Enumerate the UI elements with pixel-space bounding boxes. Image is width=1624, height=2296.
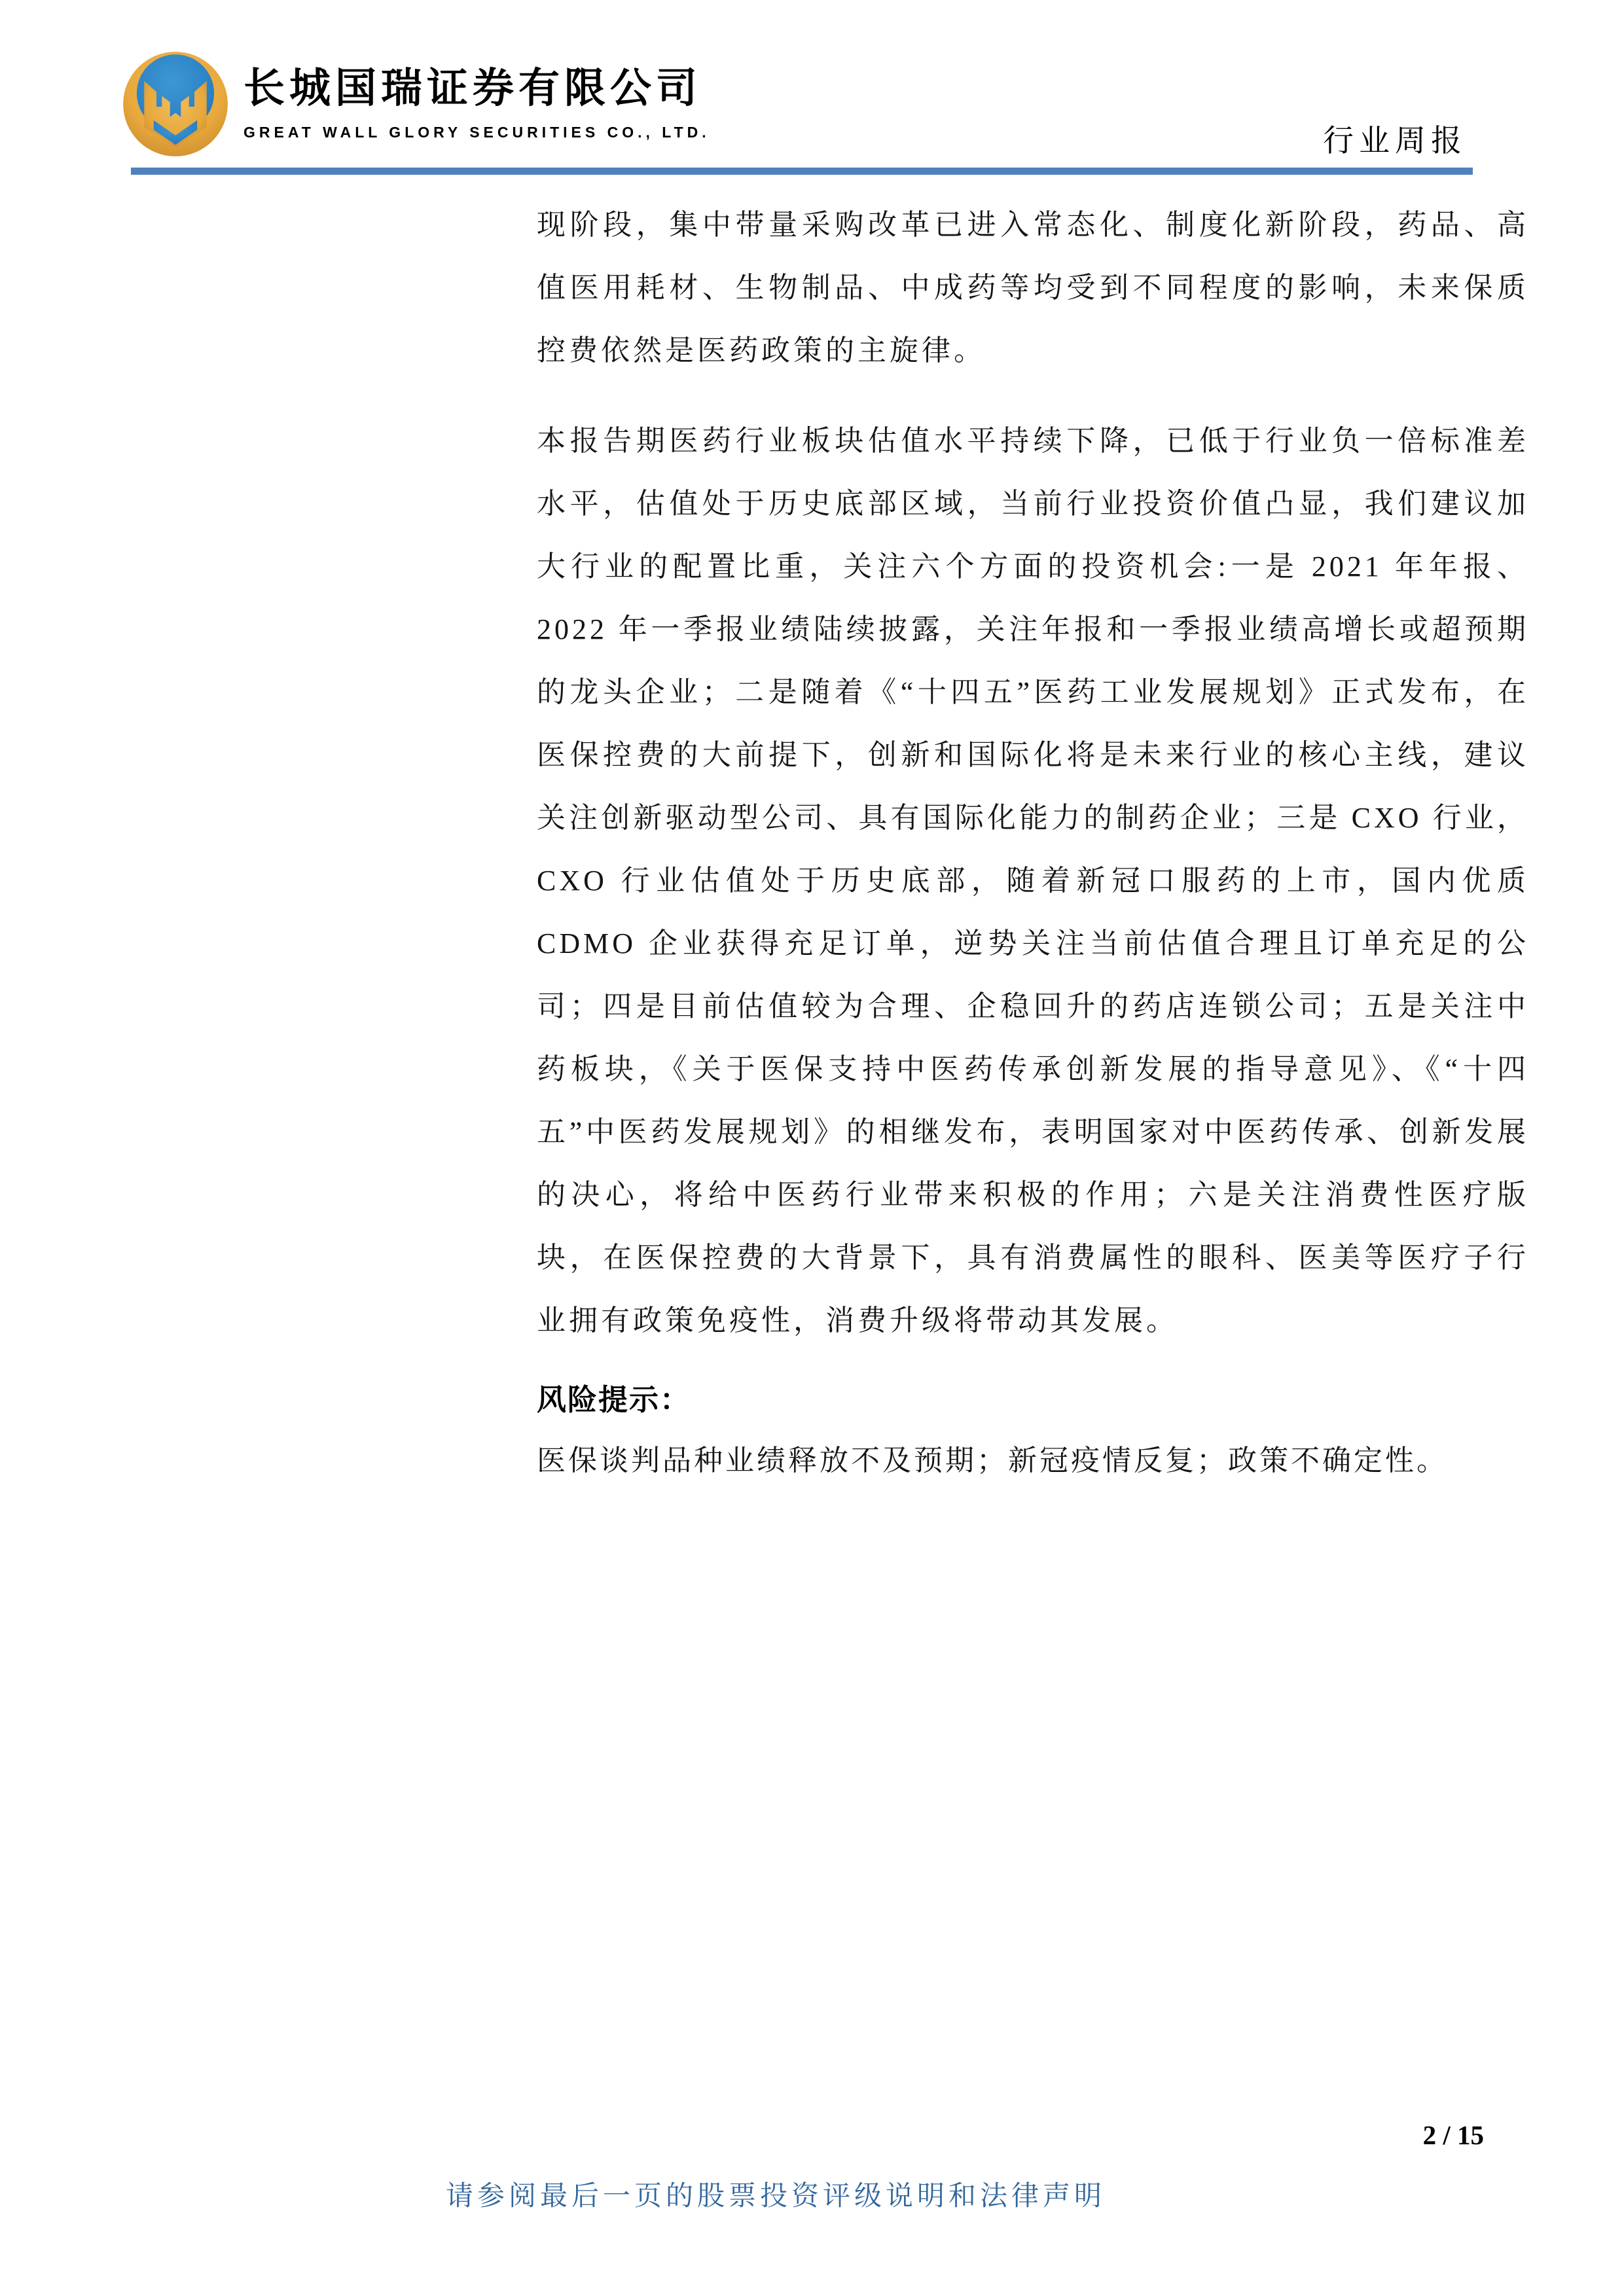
report-type-label: 行业周报 <box>1323 117 1467 160</box>
brand-block: 长城国瑞证券有限公司 GREAT WALL GLORY SECURITIES C… <box>244 55 710 141</box>
page-header: 长城国瑞证券有限公司 GREAT WALL GLORY SECURITIES C… <box>0 0 1624 177</box>
footer-disclaimer: 请参阅最后一页的股票投资评级说明和法律声明 <box>0 2174 1551 2214</box>
report-body: 现阶段，集中带量采购改革已进入常态化、制度化新阶段，药品、高值医用耗材、生物制品… <box>537 194 1529 1492</box>
company-name-en: GREAT WALL GLORY SECURITIES CO., LTD. <box>244 124 710 141</box>
header-divider <box>131 168 1473 175</box>
company-name-zh: 长城国瑞证券有限公司 <box>244 55 710 115</box>
body-paragraph: 本报告期医药行业板块估值水平持续下降，已低于行业负一倍标准差水平，估值处于历史底… <box>537 410 1529 1352</box>
page-number: 2 / 15 <box>1423 2119 1484 2151</box>
risk-heading: 风险提示： <box>537 1380 1529 1420</box>
report-page: 长城国瑞证券有限公司 GREAT WALL GLORY SECURITIES C… <box>0 0 1624 2296</box>
risk-text: 医保谈判品种业绩释放不及预期；新冠疫情反复；政策不确定性。 <box>537 1429 1529 1492</box>
company-logo-icon <box>121 50 230 158</box>
body-paragraph: 现阶段，集中带量采购改革已进入常态化、制度化新阶段，药品、高值医用耗材、生物制品… <box>537 194 1529 382</box>
